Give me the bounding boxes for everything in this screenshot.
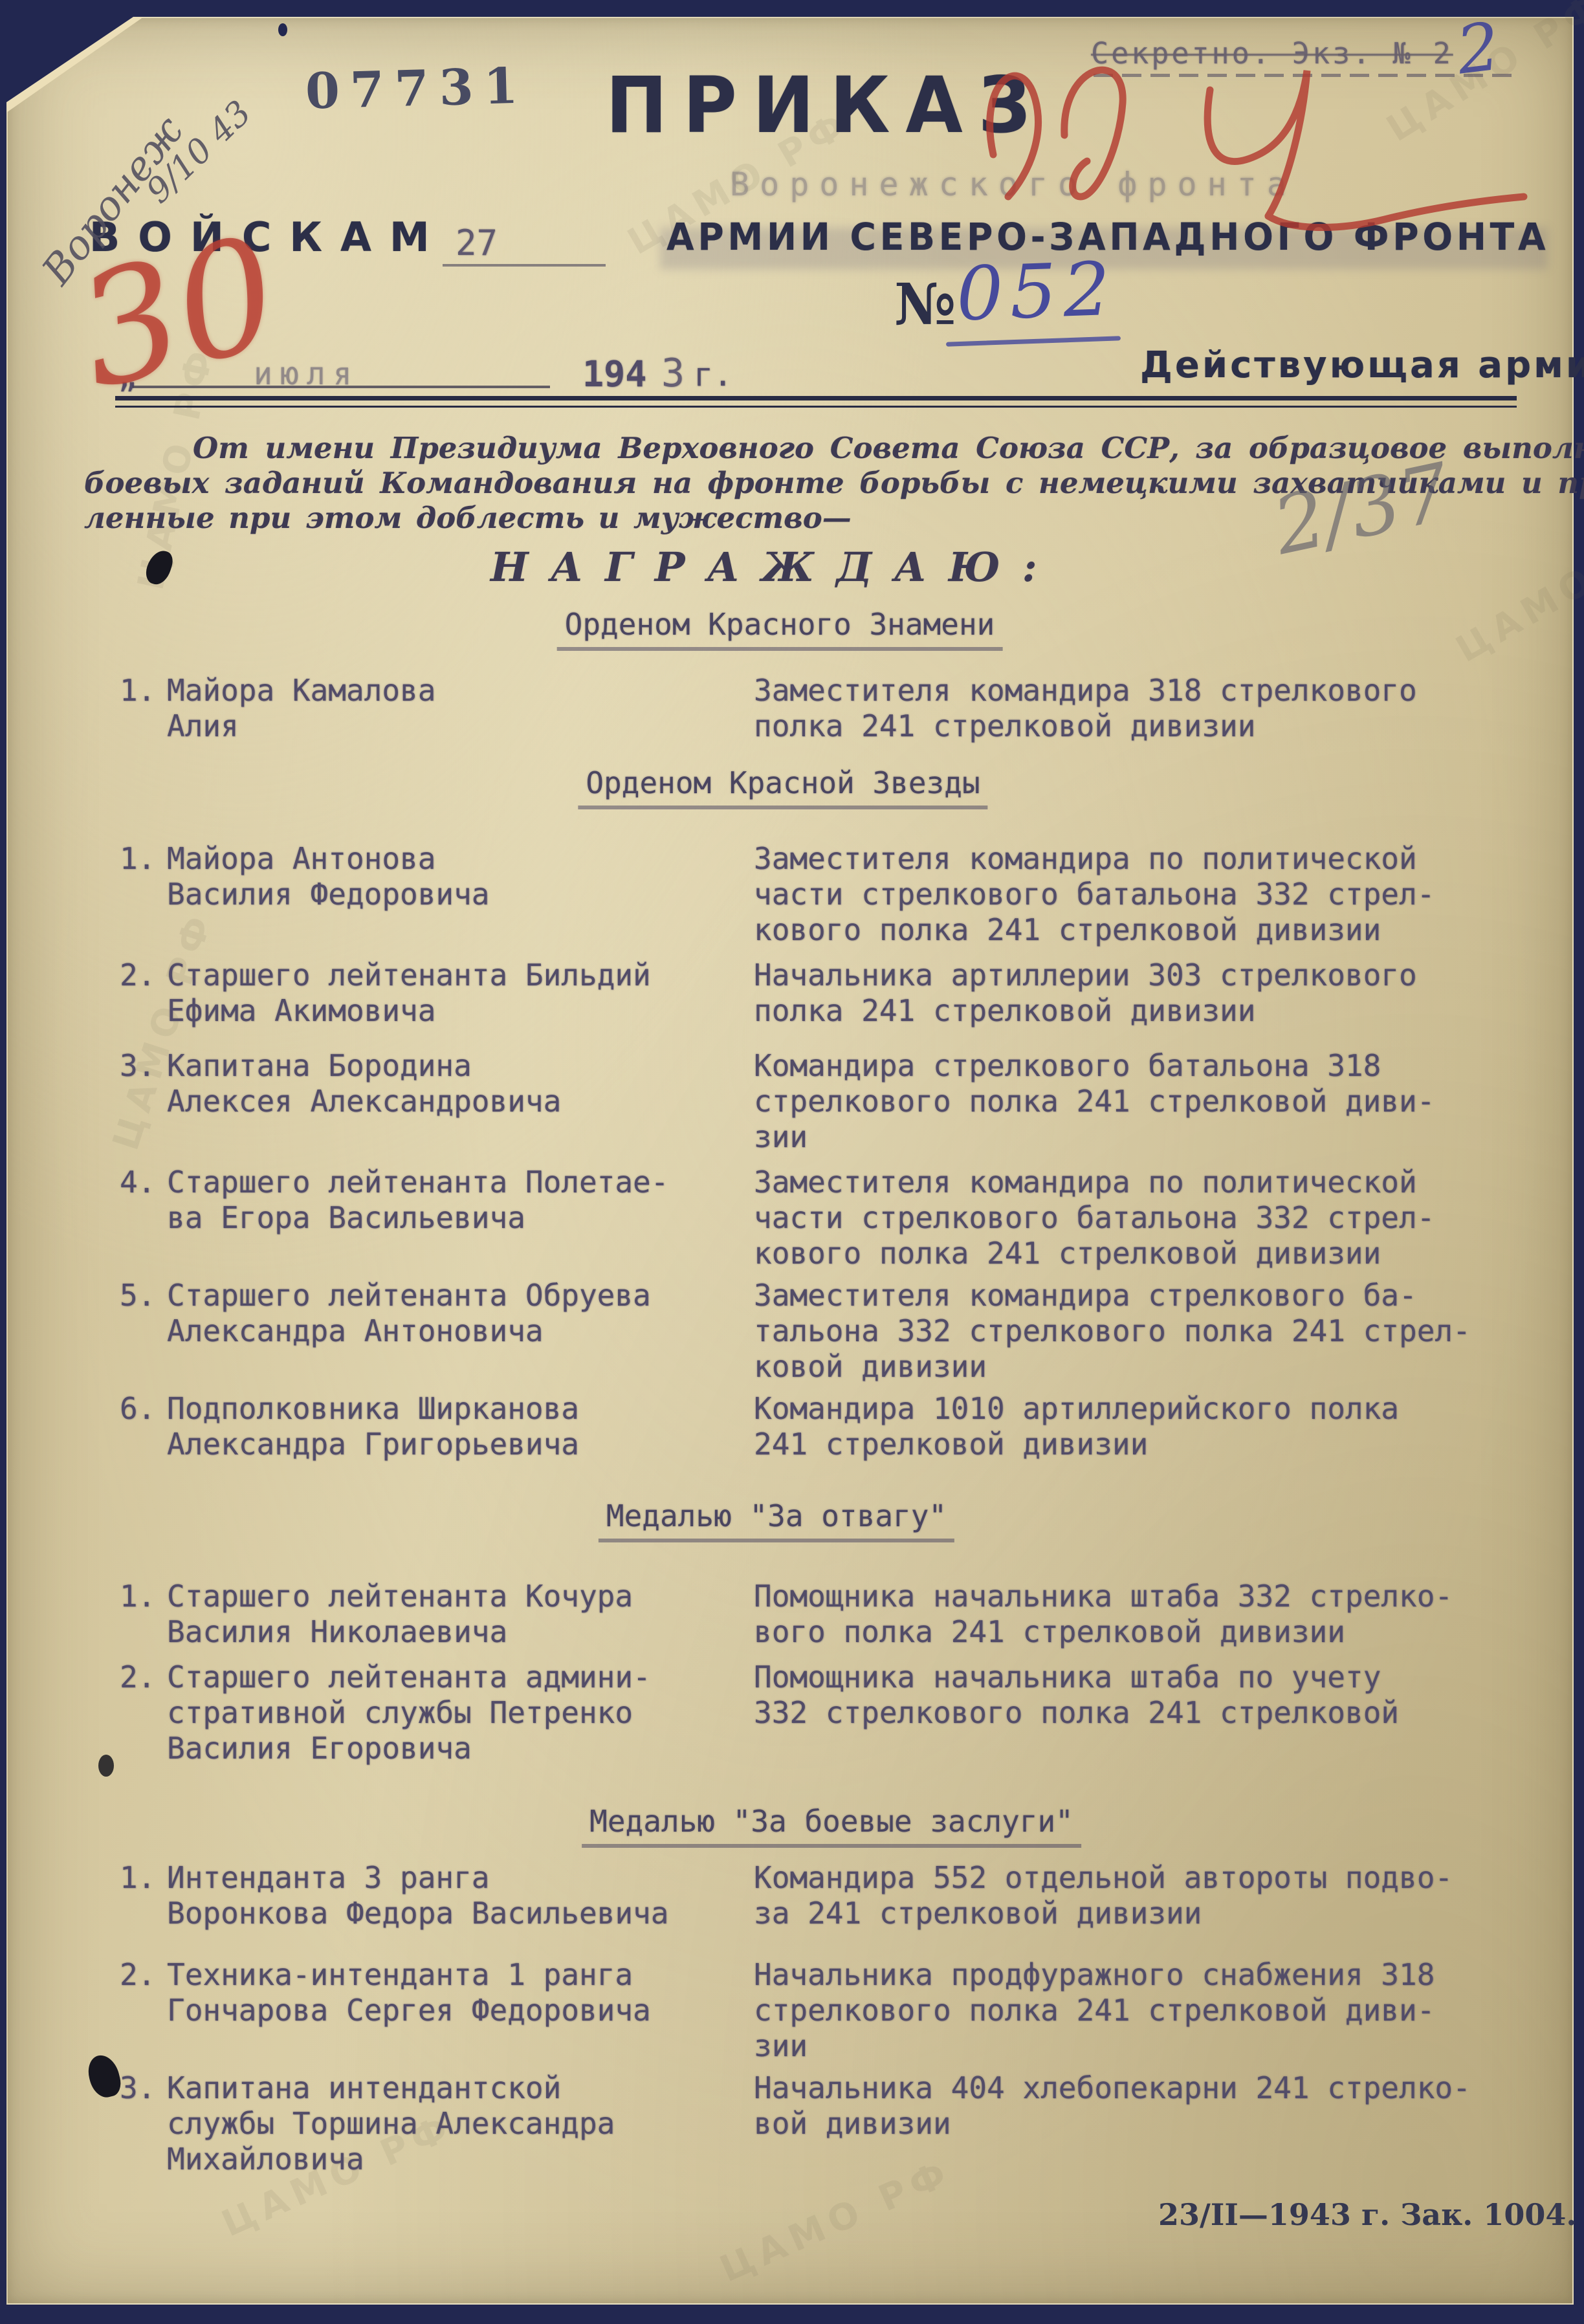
entry-position-line: Начальника 404 хлебопекарни 241 стрелко-	[754, 2070, 1471, 2106]
entry-name-line: Василия Егоровича	[167, 1731, 651, 1766]
entry-position-line: кового полка 241 стрелковой дивизии	[754, 1236, 1435, 1271]
print-shop-footer: 23/II—1943 г. Зак. 1004.	[1158, 2197, 1576, 2232]
entry-name: Старшего лейтенанта КочураВасилия Никола…	[167, 1579, 633, 1650]
entry-position-line: зии	[754, 1119, 1435, 1155]
entry-number: 1.	[120, 673, 155, 708]
entry-number: 2.	[120, 1660, 155, 1694]
entry-name-line: Александра Антоновича	[167, 1313, 651, 1349]
entry-position: Начальника продфуражного снабжения 318ст…	[754, 1957, 1435, 2064]
army-number-underline	[443, 264, 606, 267]
entry-position-line: кового полка 241 стрелковой дивизии	[754, 912, 1435, 948]
entry-name-line: Ефима Акимовича	[167, 993, 651, 1029]
entry-name-line: Старшего лейтенанта Бильдий	[167, 958, 651, 993]
entry-position: Заместителя командира по политическойчас…	[754, 841, 1435, 948]
entry-position-line: Заместителя командира по политической	[754, 1165, 1435, 1200]
entry-name-line: стративной службы Петренко	[167, 1695, 651, 1731]
entry-position: Начальника артиллерии 303 стрелковогопол…	[754, 958, 1417, 1029]
number-sign: №	[894, 270, 956, 338]
entry-position-line: Начальника продфуражного снабжения 318	[754, 1957, 1435, 1993]
date-year-suffix: г.	[694, 356, 732, 393]
award-section-title: Медалью "За боевые заслуги"	[582, 1804, 1081, 1848]
entry-position-line: Командира стрелкового батальона 318	[754, 1048, 1435, 1084]
entry-name: Майора КамаловаАлия	[167, 673, 435, 744]
entry-name-line: ва Егора Васильевича	[167, 1200, 668, 1236]
entry-position: Заместителя командира стрелкового ба-тал…	[754, 1278, 1471, 1385]
entry-number: 4.	[120, 1165, 155, 1200]
entry-name-line: Старшего лейтенанта Кочура	[167, 1579, 633, 1614]
entry-name: Капитана БородинаАлексея Александровича	[167, 1048, 561, 1119]
entry-name-line: Алия	[167, 708, 435, 744]
entry-position: Заместителя командира по политическойчас…	[754, 1165, 1435, 1271]
entry-position-line: Заместителя командира 318 стрелкового	[754, 673, 1417, 708]
handwritten-order-number: 052	[955, 246, 1118, 338]
entry-name-line: Старшего лейтенанта Обруева	[167, 1278, 651, 1313]
entry-position: Командира 552 отдельной автороты подво-з…	[754, 1860, 1453, 1931]
entry-position: Помощника начальника штаба по учету332 с…	[754, 1660, 1399, 1731]
entry-name: Старшего лейтенанта админи-стративной сл…	[167, 1660, 651, 1766]
entry-position-line: Командира 552 отдельной автороты подво-	[754, 1860, 1453, 1896]
entry-name: Старшего лейтенанта ОбруеваАлександра Ан…	[167, 1278, 651, 1349]
entry-number: 3.	[120, 1048, 155, 1083]
entry-position-line: полка 241 стрелковой дивизии	[754, 993, 1417, 1029]
entry-position-line: Заместителя командира по политической	[754, 841, 1435, 877]
entry-position-line: 332 стрелкового полка 241 стрелковой	[754, 1695, 1399, 1731]
entry-name-line: Майора Камалова	[167, 673, 435, 708]
entry-name-line: Михайловича	[167, 2142, 615, 2177]
entry-name: Интенданта 3 рангаВоронкова Федора Васил…	[167, 1860, 668, 1931]
entry-position-line: Командира 1010 артиллерийского полка	[754, 1391, 1399, 1427]
entry-name: Техника-интенданта 1 рангаГончарова Серг…	[167, 1957, 651, 2028]
entry-number: 2.	[120, 958, 155, 992]
entry-position-line: Начальника артиллерии 303 стрелкового	[754, 958, 1417, 993]
entry-name: Подполковника ШиркановаАлександра Григор…	[167, 1391, 579, 1462]
preamble-line: ленные при этом доблесть и мужество—	[84, 501, 852, 535]
entry-name-line: Капитана интендантской	[167, 2070, 615, 2106]
entry-position: Начальника 404 хлебопекарни 241 стрелко-…	[754, 2070, 1471, 2142]
entry-number: 2.	[120, 1957, 155, 1992]
entry-name: Майора АнтоноваВасилия Федоровича	[167, 841, 490, 912]
document-scan: ЦАМО РФ ЦАМО РФ ЦАМО РФ ЦАМО РФ ЦАМО РФ …	[0, 0, 1584, 2324]
field-army-note: Действующая армия	[1140, 344, 1584, 386]
entry-number: 3.	[120, 2070, 155, 2105]
entry-name-line: Гончарова Сергея Федоровича	[167, 1993, 651, 2028]
entry-name-line: Интенданта 3 ранга	[167, 1860, 668, 1896]
entry-position-line: тальона 332 стрелкового полка 241 стрел-	[754, 1313, 1471, 1349]
entry-name: Капитана интендантскойслужбы Торшина Але…	[167, 2070, 615, 2177]
entry-name-line: Александра Григорьевича	[167, 1427, 579, 1462]
award-section-title: Орденом Красного Знамени	[557, 607, 1003, 651]
ink-blot	[98, 1755, 114, 1777]
entry-number: 1.	[120, 1860, 155, 1895]
army-number: 27	[456, 223, 498, 263]
entry-position-line: вой дивизии	[754, 2106, 1471, 2142]
entry-position-line: ковой дивизии	[754, 1349, 1471, 1385]
entry-position-line: 241 стрелковой дивизии	[754, 1427, 1399, 1462]
entry-name-line: Василия Николаевича	[167, 1614, 633, 1650]
entry-position-line: Помощника начальника штаба 332 стрелко-	[754, 1579, 1453, 1614]
entry-position-line: зии	[754, 2028, 1435, 2064]
entry-name-line: Алексея Александровича	[167, 1084, 561, 1119]
entry-position-line: полка 241 стрелковой дивизии	[754, 708, 1417, 744]
entry-position-line: Помощника начальника штаба по учету	[754, 1660, 1399, 1695]
paper-hole	[278, 23, 287, 36]
entry-number: 1.	[120, 841, 155, 876]
award-section-title: Орденом Красной Звезды	[578, 765, 987, 809]
date-year: 194	[582, 353, 646, 395]
horizontal-rule-thin	[115, 406, 1517, 408]
entry-position-line: вого полка 241 стрелковой дивизии	[754, 1614, 1453, 1650]
entry-number: 5.	[120, 1278, 155, 1313]
archive-number-stamp: 07731	[305, 57, 529, 120]
entry-position-line: части стрелкового батальона 332 стрел-	[754, 1200, 1435, 1236]
entry-name: Старшего лейтенанта БильдийЕфима Акимови…	[167, 958, 651, 1029]
entry-name-line: Василия Федоровича	[167, 877, 490, 912]
entry-position: Заместителя командира 318 стрелковогопол…	[754, 673, 1417, 744]
entry-name-line: Воронкова Федора Васильевича	[167, 1896, 668, 1931]
award-section-title: Медалью "За отвагу"	[599, 1498, 954, 1542]
horizontal-rule-thick	[115, 396, 1517, 400]
entry-position-line: за 241 стрелковой дивизии	[754, 1896, 1453, 1931]
entry-name-line: Капитана Бородина	[167, 1048, 561, 1084]
entry-name-line: Старшего лейтенанта Полетае-	[167, 1165, 668, 1200]
entry-position: Помощника начальника штаба 332 стрелко-в…	[754, 1579, 1453, 1650]
entry-name-line: Подполковника Ширканова	[167, 1391, 579, 1427]
entry-name-line: Техника-интенданта 1 ранга	[167, 1957, 651, 1993]
red-pencil-scribble	[932, 3, 1553, 248]
entry-name-line: службы Торшина Александра	[167, 2106, 615, 2142]
entry-position-line: части стрелкового батальона 332 стрел-	[754, 877, 1435, 912]
entry-position: Командира 1010 артиллерийского полка241 …	[754, 1391, 1399, 1462]
entry-position-line: стрелкового полка 241 стрелковой диви-	[754, 1993, 1435, 2028]
entry-name-line: Старшего лейтенанта админи-	[167, 1660, 651, 1695]
entry-position-line: стрелкового полка 241 стрелковой диви-	[754, 1084, 1435, 1119]
entry-position-line: Заместителя командира стрелкового ба-	[754, 1278, 1471, 1313]
entry-number: 6.	[120, 1391, 155, 1426]
entry-number: 1.	[120, 1579, 155, 1614]
entry-name-line: Майора Антонова	[167, 841, 490, 877]
date-year-digit: 3	[661, 351, 685, 396]
entry-name: Старшего лейтенанта Полетае-ва Егора Вас…	[167, 1165, 668, 1236]
entry-position: Командира стрелкового батальона 318стрел…	[754, 1048, 1435, 1155]
award-verb: НАГРАЖДАЮ:	[490, 543, 1059, 591]
